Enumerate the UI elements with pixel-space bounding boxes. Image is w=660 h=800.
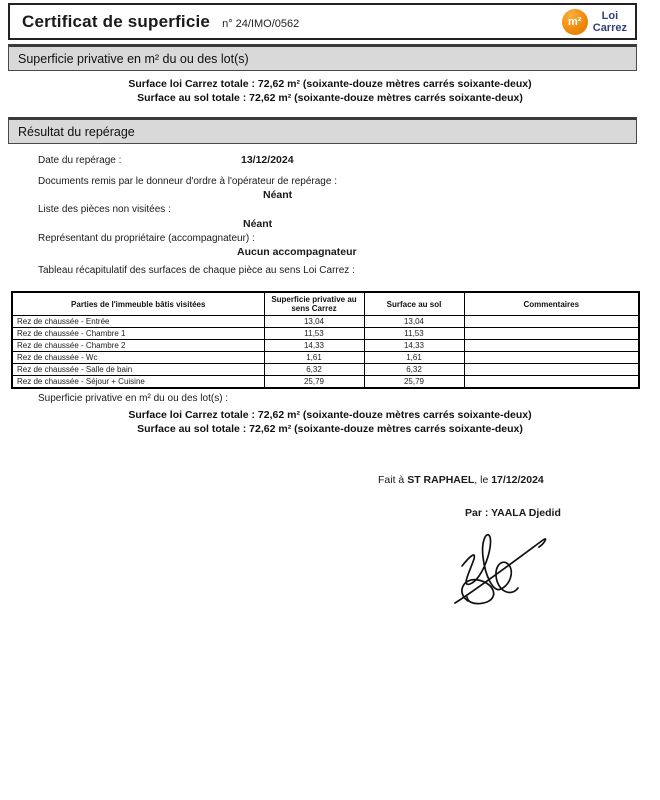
col-header-sol: Surface au sol <box>364 292 464 316</box>
cell-sol: 6,32 <box>364 364 464 376</box>
table-row: Rez de chaussée - Wc 1,61 1,61 <box>12 352 639 364</box>
col-header-parties: Parties de l'immeuble bâtis visitées <box>12 292 264 316</box>
totals-bottom: Surface loi Carrez totale : 72,62 m² (so… <box>0 408 660 436</box>
cell-piece: Rez de chaussée - Séjour + Cuisine <box>12 376 264 389</box>
total-sol-bottom: Surface au sol totale : 72,62 m² (soixan… <box>0 422 660 436</box>
summary-label: Superficie privative en m² du ou des lot… <box>38 393 228 404</box>
table-row: Rez de chaussée - Entrée 13,04 13,04 <box>12 316 639 328</box>
cell-carrez: 25,79 <box>264 376 364 389</box>
page-title: Certificat de superficie <box>22 12 210 32</box>
cell-sol: 1,61 <box>364 352 464 364</box>
loi-carrez-label: Loi Carrez <box>593 10 627 34</box>
col-header-commentaires: Commentaires <box>464 292 639 316</box>
section-resultat-title: Résultat du repérage <box>18 125 135 139</box>
fait-prefix: Fait à <box>378 474 407 486</box>
pieces-non-visitees-value: Néant <box>243 218 272 230</box>
fait-a-line: Fait à ST RAPHAEL, le 17/12/2024 <box>378 474 544 486</box>
table-header-row: Parties de l'immeuble bâtis visitées Sup… <box>12 292 639 316</box>
document-number: n° 24/IMO/0562 <box>222 14 299 30</box>
table-row: Rez de chaussée - Séjour + Cuisine 25,79… <box>12 376 639 389</box>
cell-carrez: 14,33 <box>264 340 364 352</box>
date-reperage-value: 13/12/2024 <box>241 154 294 166</box>
document-header: Certificat de superficie n° 24/IMO/0562 … <box>8 3 637 40</box>
cell-piece: Rez de chaussée - Entrée <box>12 316 264 328</box>
pieces-non-visitees-label: Liste des pièces non visitées : <box>38 204 171 215</box>
section-superficie-title: Superficie privative en m² du ou des lot… <box>18 52 249 66</box>
section-resultat-reperage: Résultat du repérage <box>8 117 637 144</box>
le-infix: , le <box>474 474 491 486</box>
cell-sol: 14,33 <box>364 340 464 352</box>
documents-remis-label: Documents remis par le donneur d'ordre à… <box>38 176 337 187</box>
cell-sol: 11,53 <box>364 328 464 340</box>
total-sol-top: Surface au sol totale : 72,62 m² (soixan… <box>0 91 660 105</box>
representant-value: Aucun accompagnateur <box>237 246 357 258</box>
signoff-date-value: 17/12/2024 <box>491 474 544 486</box>
cell-comment <box>464 352 639 364</box>
cell-carrez: 6,32 <box>264 364 364 376</box>
total-carrez-bottom: Surface loi Carrez totale : 72,62 m² (so… <box>0 408 660 422</box>
col-header-carrez: Superficie privative au sens Carrez <box>264 292 364 316</box>
cell-comment <box>464 328 639 340</box>
cell-comment <box>464 364 639 376</box>
cell-carrez: 11,53 <box>264 328 364 340</box>
par-line: Par : YAALA Djedid <box>465 507 561 519</box>
city-value: ST RAPHAEL <box>407 474 474 486</box>
table-row: Rez de chaussée - Salle de bain 6,32 6,3… <box>12 364 639 376</box>
documents-remis-value: Néant <box>263 189 292 201</box>
loi-carrez-logo: m² Loi Carrez <box>562 9 629 35</box>
table-intro-label: Tableau récapitulatif des surfaces de ch… <box>38 265 355 276</box>
cell-comment <box>464 340 639 352</box>
surfaces-table: Parties de l'immeuble bâtis visitées Sup… <box>11 291 640 389</box>
cell-piece: Rez de chaussée - Salle de bain <box>12 364 264 376</box>
cell-piece: Rez de chaussée - Chambre 1 <box>12 328 264 340</box>
cell-carrez: 13,04 <box>264 316 364 328</box>
table-row: Rez de chaussée - Chambre 2 14,33 14,33 <box>12 340 639 352</box>
table-row: Rez de chaussée - Chambre 1 11,53 11,53 <box>12 328 639 340</box>
totals-top: Surface loi Carrez totale : 72,62 m² (so… <box>0 77 660 105</box>
cell-piece: Rez de chaussée - Wc <box>12 352 264 364</box>
total-carrez-top: Surface loi Carrez totale : 72,62 m² (so… <box>0 77 660 91</box>
loi-carrez-line1: Loi <box>602 10 619 22</box>
cell-carrez: 1,61 <box>264 352 364 364</box>
representant-label: Représentant du propriétaire (accompagna… <box>38 233 255 244</box>
cell-comment <box>464 376 639 389</box>
certificate-document: Certificat de superficie n° 24/IMO/0562 … <box>0 0 660 800</box>
cell-sol: 13,04 <box>364 316 464 328</box>
section-superficie-privative: Superficie privative en m² du ou des lot… <box>8 44 637 71</box>
cell-piece: Rez de chaussée - Chambre 2 <box>12 340 264 352</box>
cell-comment <box>464 316 639 328</box>
signature-image <box>448 526 558 611</box>
date-reperage-label: Date du repérage : <box>38 155 121 166</box>
cell-sol: 25,79 <box>364 376 464 389</box>
loi-carrez-line2: Carrez <box>593 22 627 34</box>
m2-badge-icon: m² <box>562 9 588 35</box>
